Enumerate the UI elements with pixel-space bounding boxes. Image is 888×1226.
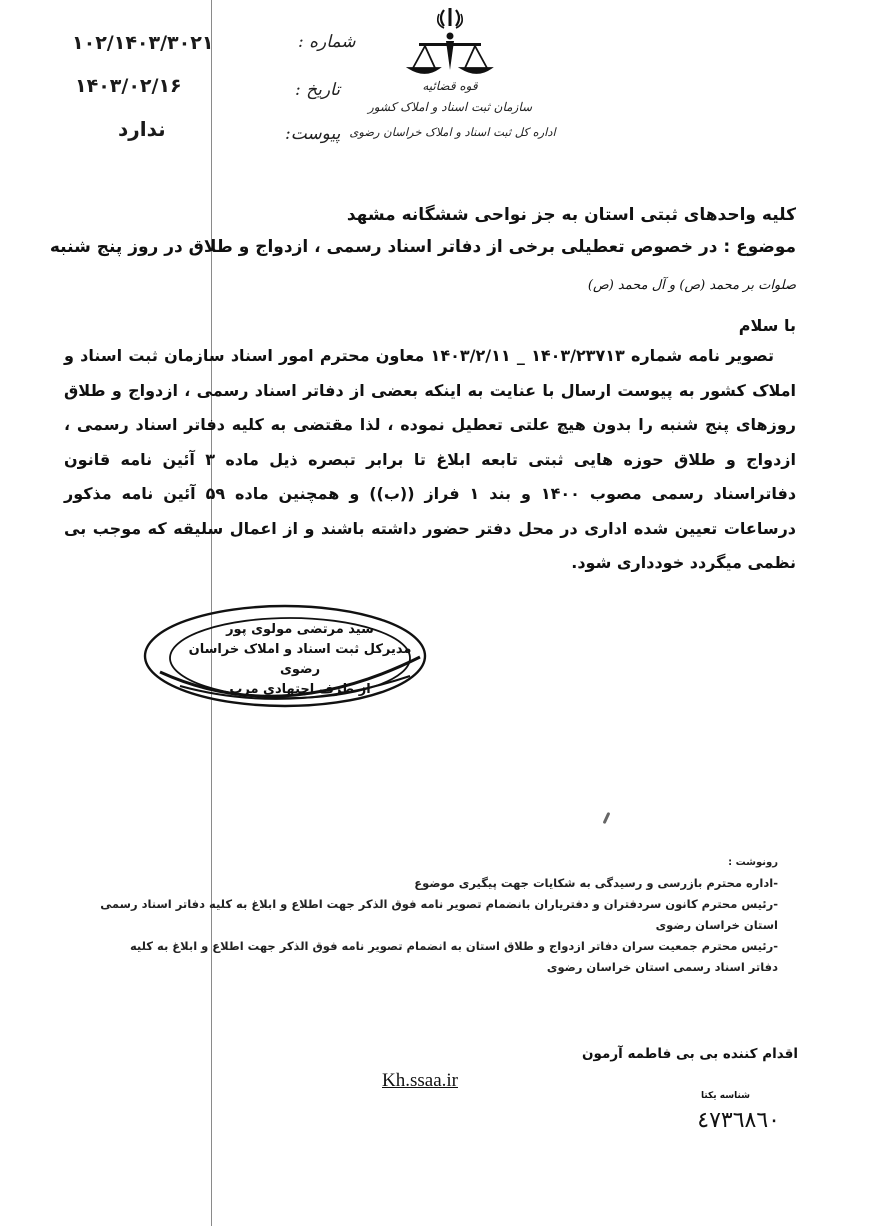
- website-link[interactable]: Kh.ssaa.ir: [382, 1070, 458, 1092]
- letter-body: تصویر نامه شماره ۱۴۰۳/۲۳۷۱۳ _ ۱۴۰۳/۲/۱۱ …: [64, 339, 796, 581]
- cc-header: رونوشت :: [98, 852, 778, 873]
- org-line-khorasan-office: اداره کل ثبت اسناد و املاک خراسان رضوی: [340, 125, 565, 139]
- letter-number: ۱۰۲/۱۴۰۳/۳۰۲۱: [72, 32, 213, 54]
- unique-id: ٤٧٣٦٨٦٠: [697, 1108, 780, 1133]
- subject-line: موضوع : در خصوص تعطیلی برخی از دفاتر اسن…: [50, 237, 796, 257]
- stamp-line-title: مدیرکل ثبت اسناد و املاک خراسان رضوی: [180, 640, 420, 680]
- cc-item: -رئیس محترم جمعیت سران دفاتر ازدواج و طل…: [98, 936, 778, 978]
- addressee: کلیه واحدهای ثبتی استان به جز نواحی ششگا…: [347, 205, 796, 225]
- cc-item: -رئیس محترم کانون سردفتران و دفتریاران ب…: [98, 894, 778, 936]
- stamp-line-delegate: از طرف اجتهادی مرب: [180, 680, 420, 700]
- cc-list: رونوشت : -اداره محترم بازرسی و رسیدگی به…: [98, 852, 778, 978]
- scan-speck: [603, 812, 611, 824]
- date-label: تاریخ :: [295, 80, 340, 100]
- stamp-text: سید مرتضی مولوی پور مدیرکل ثبت اسناد و ا…: [180, 620, 420, 700]
- letter-date: ۱۴۰۳/۰۲/۱۶: [75, 75, 182, 97]
- attachment-label: پیوست:: [285, 124, 340, 144]
- salawat-line: صلوات بر محمد (ص) و آل محمد (ص): [588, 278, 796, 293]
- unique-id-label: شناسه یکتا: [701, 1091, 750, 1101]
- attachment-value: ندارد: [118, 117, 166, 141]
- prepared-by: اقدام کننده بی بی فاطمه آرمون: [582, 1046, 798, 1062]
- cc-item: -اداره محترم بازرسی و رسیدگی به شکایات ج…: [98, 873, 778, 894]
- org-line-registration-org: سازمان ثبت اسناد و املاک کشور: [360, 100, 540, 114]
- letter-body-text: تصویر نامه شماره ۱۴۰۳/۲۳۷۱۳ _ ۱۴۰۳/۲/۱۱ …: [64, 346, 796, 572]
- number-label: شماره :: [298, 32, 356, 52]
- judiciary-scales-emblem-icon: [395, 4, 505, 84]
- greeting: با سلام: [739, 316, 796, 335]
- org-line-judiciary: قوه قضائیه: [405, 79, 495, 93]
- stamp-line-name: سید مرتضی مولوی پور: [180, 620, 420, 640]
